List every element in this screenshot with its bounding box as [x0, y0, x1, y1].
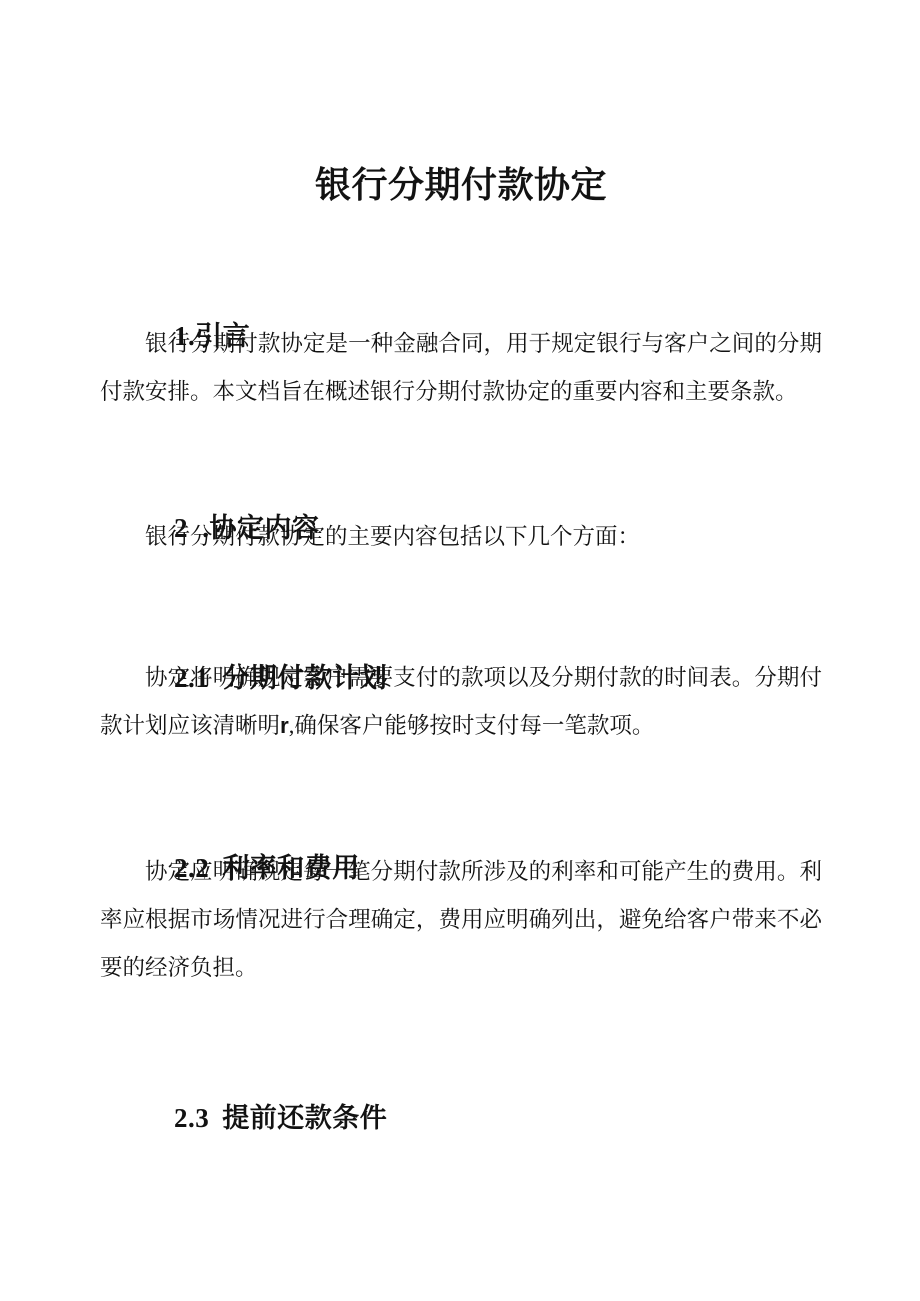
section-heading-early-repayment: 2.3提前还款条件: [145, 1061, 387, 1175]
paragraph-content-overview: 银行分期付款协定的主要内容包括以下几个方面：: [100, 513, 822, 561]
document-page: 银行分期付款协定 1.引言 银行分期付款协定是一种金融合同，用于规定银行与客户之…: [0, 0, 920, 1301]
heading-number: 2.3: [174, 1103, 209, 1133]
paragraph-rates-and-fees: 协定应明确规定每一笔分期付款所涉及的利率和可能产生的费用。利率应根据市场情况进行…: [100, 848, 822, 992]
document-title: 银行分期付款协定: [100, 160, 822, 210]
paragraph-glitch-character: r: [280, 713, 289, 738]
paragraph-introduction: 银行分期付款协定是一种金融合同，用于规定银行与客户之间的分期付款安排。本文档旨在…: [100, 320, 822, 416]
heading-label: 提前还款条件: [222, 1103, 387, 1133]
paragraph-text-segment: ,确保客户能够按时支付每一笔款项。: [289, 713, 655, 738]
paragraph-installment-plan: 协定将明确规定客户需要支付的款项以及分期付款的时间表。分期付款计划应该清晰明r,…: [100, 654, 822, 750]
